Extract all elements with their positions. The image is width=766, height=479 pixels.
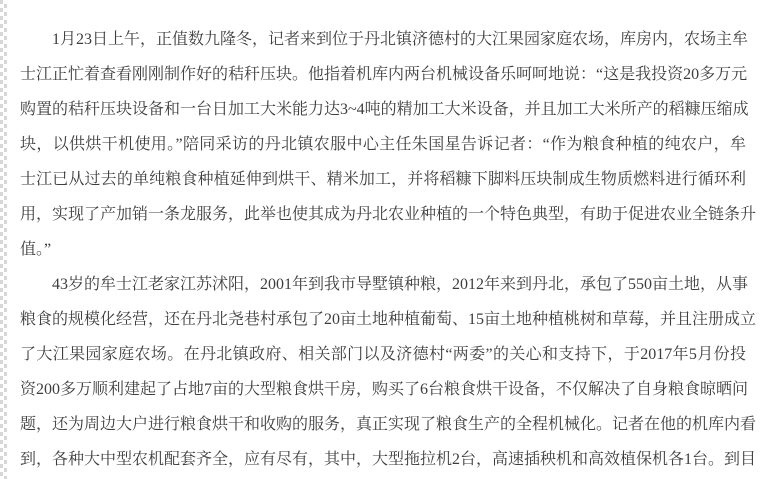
text-line: 1月23日上午，正值数九隆冬，记者来到位于丹北镇济德村的大江果园家庭农场，库房内…	[20, 22, 746, 57]
page-boundary-dashed-strip	[0, 0, 9, 479]
text-line: 购置的秸秆压块设备和一台日加工大米能力达3~4吨的精加工大米设备，并且加工大米所…	[20, 92, 746, 127]
text-line: 士江正忙着查看刚刚制作好的秸秆压块。他指着机库内两台机械设备乐呵呵地说：“这是我…	[20, 57, 746, 92]
text-line: 到，各种大中型农机配套齐全，应有尽有，其中，大型拖拉机2台，高速插秧机和高效植保…	[20, 442, 746, 477]
dashed-line-left	[0, 0, 3, 479]
text-line: 用，实现了产加销一条龙服务，此举也使其成为丹北农业种植的一个特色典型，有助于促进…	[20, 197, 746, 232]
text-line: 资200多万顺利建起了占地7亩的大型粮食烘干房，购买了6台粮食烘干设备，不仅解决…	[20, 372, 746, 407]
text-line: 粮食的规模化经营，还在丹北尧巷村承包了20亩土地种植葡萄、15亩土地种植桃树和草…	[20, 302, 746, 337]
text-line: 43岁的牟士江老家江苏沭阳，2001年到我市导墅镇种粮，2012年来到丹北，承包…	[20, 267, 746, 302]
text-line: 值。”	[20, 232, 746, 267]
text-line: 块，以供烘干机使用。”陪同采访的丹北镇农服中心主任朱国星告诉记者：“作为粮食种植…	[20, 127, 746, 162]
text-line: 题，还为周边大户进行粮食烘干和收购的服务，真正实现了粮食生产的全程机械化。记者在…	[20, 407, 746, 442]
text-line: 了大江果园家庭农场。在丹北镇政府、相关部门以及济德村“两委”的关心和支持下，于2…	[20, 337, 746, 372]
dashed-line-right	[4, 0, 7, 479]
text-line: 士江已从过去的单纯粮食种植延伸到烘干、精米加工，并将稻糠下脚料压块制成生物质燃料…	[20, 162, 746, 197]
article-text-block: 1月23日上午，正值数九隆冬，记者来到位于丹北镇济德村的大江果园家庭农场，库房内…	[20, 22, 746, 477]
